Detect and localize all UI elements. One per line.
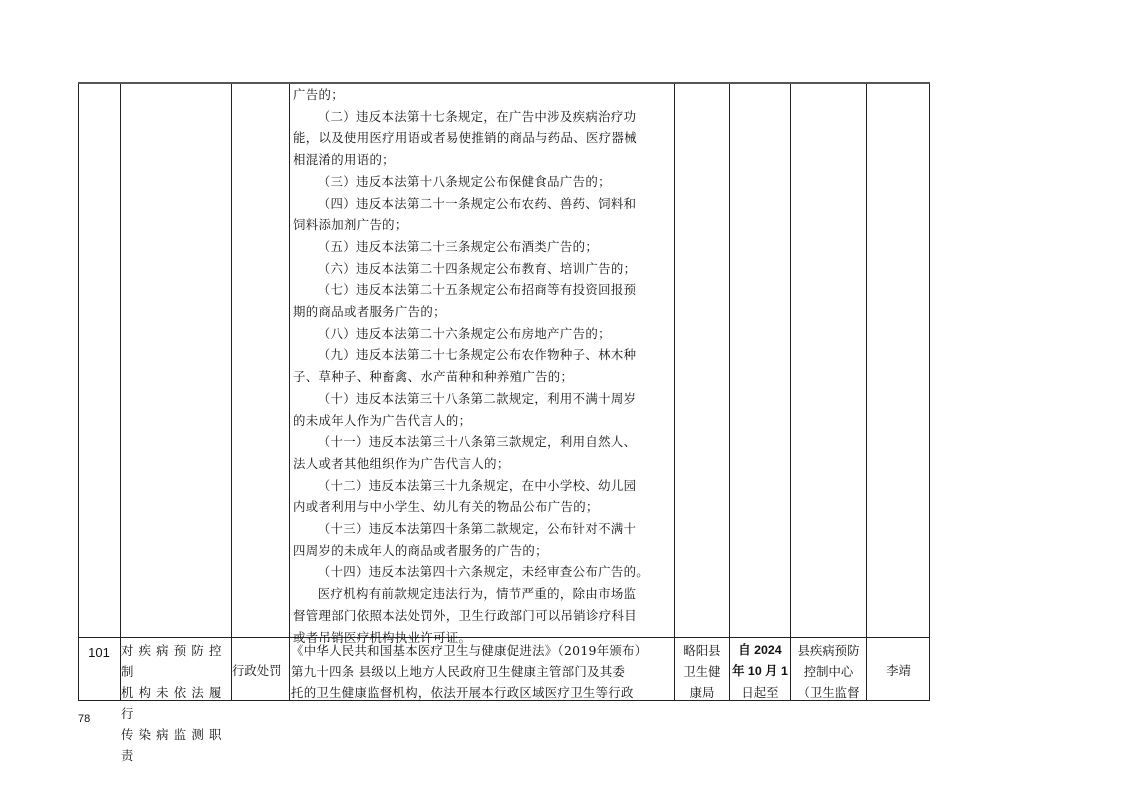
row-number: 101	[78, 640, 120, 705]
page-number: 78	[78, 713, 90, 725]
law-line: 医疗机构有前款规定违法行为，情节严重的，除由市场监	[291, 583, 674, 605]
legal-basis-continued: 广告的；（二）违反本法第十七条规定，在广告中涉及疾病治疗功能，以及使用医疗用语或…	[291, 84, 674, 648]
law-line: （十）违反本法第三十八条第二款规定，利用不满十周岁	[291, 388, 674, 410]
law-line: （八）违反本法第二十六条规定公布房地产广告的；	[291, 323, 674, 345]
law-line: 的未成年人作为广告代言人的；	[291, 410, 674, 432]
law-line: 四周岁的未成年人的商品或者服务的广告的；	[291, 540, 674, 562]
law-line: 子、草种子、种畜禽、水产苗种和种养殖广告的；	[291, 366, 674, 388]
effective-date: 自 2024 年 10 月 1 日起至	[730, 640, 790, 703]
law-line: （四）违反本法第二十一条规定公布农药、兽药、饲料和	[291, 193, 674, 215]
law-line: 相混淆的用语的；	[291, 149, 674, 171]
law-line: 饲料添加剂广告的；	[291, 214, 674, 236]
law-line: 期的商品或者服务广告的；	[291, 301, 674, 323]
implementing-unit: 县疾病预防 控制中心 （卫生监督	[791, 640, 866, 703]
law-line: 广告的；	[291, 84, 674, 106]
item-type: 行政处罚	[232, 660, 289, 723]
enforcement-table: 广告的；（二）违反本法第十七条规定，在广告中涉及疾病治疗功能，以及使用医疗用语或…	[78, 82, 930, 701]
law-line: 能，以及使用医疗用语或者易使推销的商品与药品、医疗器械	[291, 127, 674, 149]
responsible-department: 略阳县 卫生健 康局	[675, 640, 729, 703]
law-line: 法人或者其他组织作为广告代言人的；	[291, 453, 674, 475]
law-line: （六）违反本法第二十四条规定公布教育、培训广告的；	[291, 258, 674, 280]
responsible-person: 李靖	[867, 660, 930, 723]
legal-basis: 《中华人民共和国基本医疗卫生与健康促进法》（2019年颁布） 第九十四条 县级以…	[291, 640, 674, 703]
law-line: （七）违反本法第二十五条规定公布招商等有投资回报预	[291, 279, 674, 301]
law-line: （二）违反本法第十七条规定，在广告中涉及疾病治疗功	[291, 106, 674, 128]
law-line: （三）违反本法第十八条规定公布保健食品广告的；	[291, 171, 674, 193]
item-name: 对疾病预防控制 机构未依法履行 传染病监测职责	[121, 640, 231, 703]
law-line: 内或者利用与中小学生、幼儿有关的物品公布广告的；	[291, 496, 674, 518]
law-line: （十一）违反本法第三十八条第三款规定，利用自然人、	[291, 431, 674, 453]
law-line: （九）违反本法第二十七条规定公布农作物种子、林木种	[291, 344, 674, 366]
law-line: （十三）违反本法第四十条第二款规定，公布针对不满十	[291, 518, 674, 540]
law-line: （十二）违反本法第三十九条规定，在中小学校、幼儿园	[291, 475, 674, 497]
law-line: 督管理部门依照本法处罚外，卫生行政部门可以吊销诊疗科目	[291, 605, 674, 627]
law-line: （五）违反本法第二十三条规定公布酒类广告的；	[291, 236, 674, 258]
law-line: （十四）违反本法第四十六条规定，未经审查公布广告的。	[291, 561, 674, 583]
